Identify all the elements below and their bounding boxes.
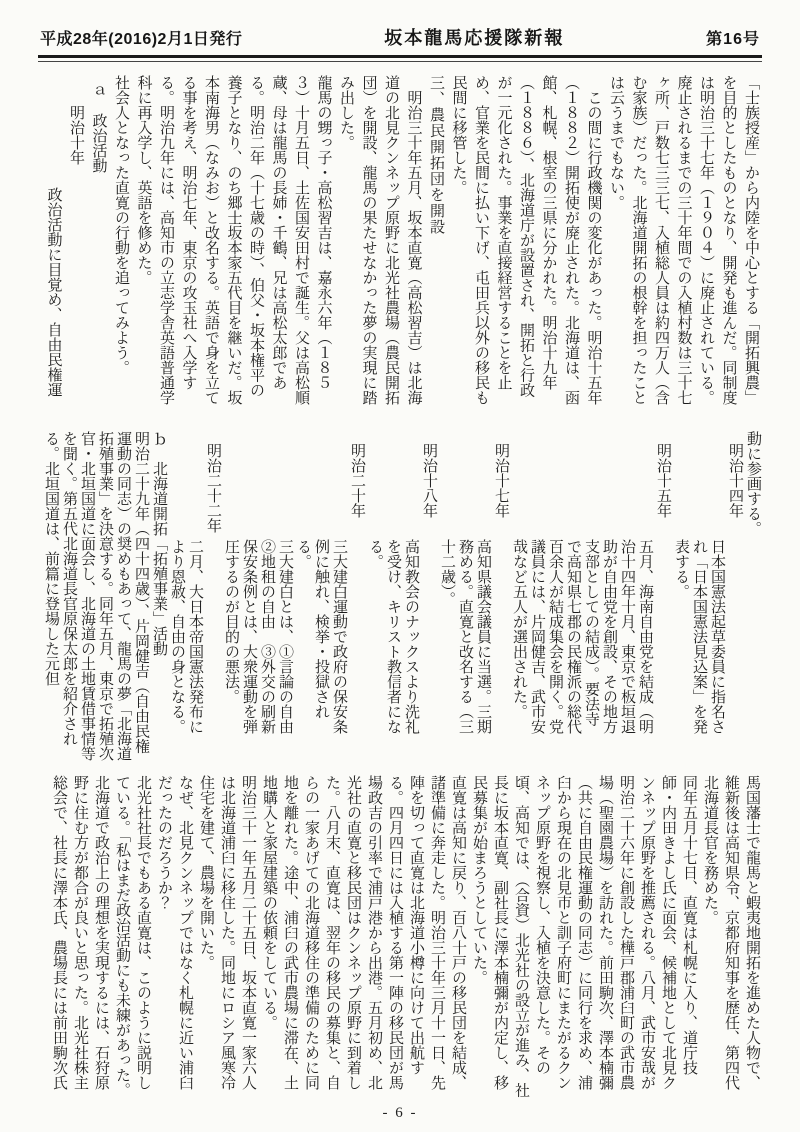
timeline-entry-body: 高知教会のナックスより洗礼を受け、キリスト教信者になる。 xyxy=(366,431,420,761)
timeline-entry: 明治二十年 三大建白運動で政府の保安条例に触れ、検挙・投獄される。 三大建白とは… xyxy=(222,431,366,761)
timeline-entry-head: 明治二十年 xyxy=(348,431,366,761)
text-band-top: 「士族授産」から内陸を中心とする「開拓興農」を目的としたものとなり、開発も進んだ… xyxy=(38,75,762,411)
timeline-entry-head: 明治十七年 xyxy=(492,431,510,761)
newsletter-page: 平成28年(2016)2月1日発行 坂本龍馬応援隊新報 第16号 「士族授産」か… xyxy=(0,0,800,1132)
timeline-entry-head: 明治二十二年 xyxy=(204,431,222,761)
section-heading: 三、農民開拓団を開設 xyxy=(425,75,448,411)
timeline-entry: 明治十七年 高知県議会議員に当選。三期務める。直寛と改名する（三十二歳）。 xyxy=(438,431,510,761)
page-header: 平成28年(2016)2月1日発行 坂本龍馬応援隊新報 第16号 xyxy=(0,0,800,50)
paragraph: この間に行政機関の変化があった。明治十五年（１８８２）開拓使が廃止された。北海道… xyxy=(447,75,605,411)
timeline-entry: 明治十五年 五月、海南自由党を結成（明治十四年十月、東京で板垣退助が自由党を創設… xyxy=(510,431,672,761)
paragraph: 「士族授産」から内陸を中心とする「開拓興農」を目的としたものとなり、開発も進んだ… xyxy=(605,75,763,411)
timeline-entry: 明治十八年 高知教会のナックスより洗礼を受け、キリスト教信者になる。 xyxy=(366,431,438,761)
bullet-item: ・明治二十九年（四十四歳）、片岡健吉（自由民権運動の同志）の奨めもあって、龍馬の… xyxy=(42,431,150,761)
timeline-entry-head: 明治十年 xyxy=(65,75,88,411)
page-number: - 6 - xyxy=(383,1105,418,1121)
page-body: 「士族授産」から内陸を中心とする「開拓興農」を目的としたものとなり、開発も進んだ… xyxy=(0,75,800,1101)
timeline-entry-body: 二月、大日本帝国憲法発布により恩赦、自由の身となる。 xyxy=(168,431,204,761)
timeline-entry-body: 三大建白運動で政府の保安条例に触れ、検挙・投獄される。 三大建白とは、①言論の自… xyxy=(222,431,348,761)
bullet-item: ・明治三十一年五月二十五日、坂本直寛一家六人は北海道浦臼に移住した。同地にロシア… xyxy=(195,775,258,1101)
timeline-entry-body: 五月、海南自由党を結成（明治十四年十月、東京で板垣退助が自由党を創設、その地方支… xyxy=(510,431,654,761)
continuation-paragraph: 動に参画する。 xyxy=(744,431,762,761)
bullet-item: ・直寛は高知に戻り、百八十戸の移民団を結成、諸準備に奔走した。明治三十年三月十一… xyxy=(258,775,468,1101)
bullet-item: ・龍馬の甥っ子・高松習吉は、嘉永六年（１８５３）十月五日、土佐国安田村で誕生。父… xyxy=(132,75,335,411)
timeline-entry-body: 政治活動に目覚め、自由民権運 xyxy=(42,75,65,411)
note-item: ※なぜ、北見クンネップではなく札幌に近い浦臼だったのだろうか？ 北光社社長でもあ… xyxy=(48,775,195,1101)
subsection-heading-a: ａ 政治活動 xyxy=(87,75,110,411)
timeline-entry-head: 明治十八年 xyxy=(420,431,438,761)
paragraph: 明治三十年五月、坂本直寛（高松習吉）は北海道の北見クンネップ原野に北光社農場（農… xyxy=(335,75,425,411)
header-rule xyxy=(38,55,762,62)
timeline-entry-head: 明治十四年 xyxy=(726,431,744,761)
bullet-item: ・社会人となった直寛の行動を追ってみよう。 xyxy=(110,75,133,411)
timeline-entry: 明治二十二年 二月、大日本帝国憲法発布により恩赦、自由の身となる。 xyxy=(168,431,222,761)
text-band-bottom: 馬国藩士で龍馬と蝦夷地開拓を進めた人物で、維新後は高知県令、京都府知事を歴任、第… xyxy=(38,775,762,1101)
subsection-heading-b: ｂ 北海道開拓「拓殖事業」活動 xyxy=(150,431,168,761)
newsletter-title: 坂本龍馬応援隊新報 xyxy=(384,24,564,50)
text-band-middle: 動に参画する。 明治十四年 日本国憲法起草委員に指名され「日本国憲法見込案」を発… xyxy=(38,431,762,761)
timeline-entry-body: 日本国憲法起草委員に指名され「日本国憲法見込案」を発表する。 xyxy=(672,431,726,761)
bullet-item: ・同年五月十七日、直寛は札幌に入り、道庁技師・内田きよし氏に面会、候補地として北… xyxy=(468,775,699,1101)
timeline-entry-body: 高知県議会議員に当選。三期務める。直寛と改名する（三十二歳）。 xyxy=(438,431,492,761)
timeline-entry: 明治十四年 日本国憲法起草委員に指名され「日本国憲法見込案」を発表する。 xyxy=(672,431,744,761)
publication-date: 平成28年(2016)2月1日発行 xyxy=(40,26,242,49)
timeline-entry: 明治十年 政治活動に目覚め、自由民権運 xyxy=(42,75,87,411)
timeline-entry-head: 明治十五年 xyxy=(654,431,672,761)
issue-number: 第16号 xyxy=(706,26,760,49)
page-footer: - 6 - xyxy=(0,1105,800,1122)
continuation-paragraph: 馬国藩士で龍馬と蝦夷地開拓を進めた人物で、維新後は高知県令、京都府知事を歴任、第… xyxy=(699,775,762,1101)
